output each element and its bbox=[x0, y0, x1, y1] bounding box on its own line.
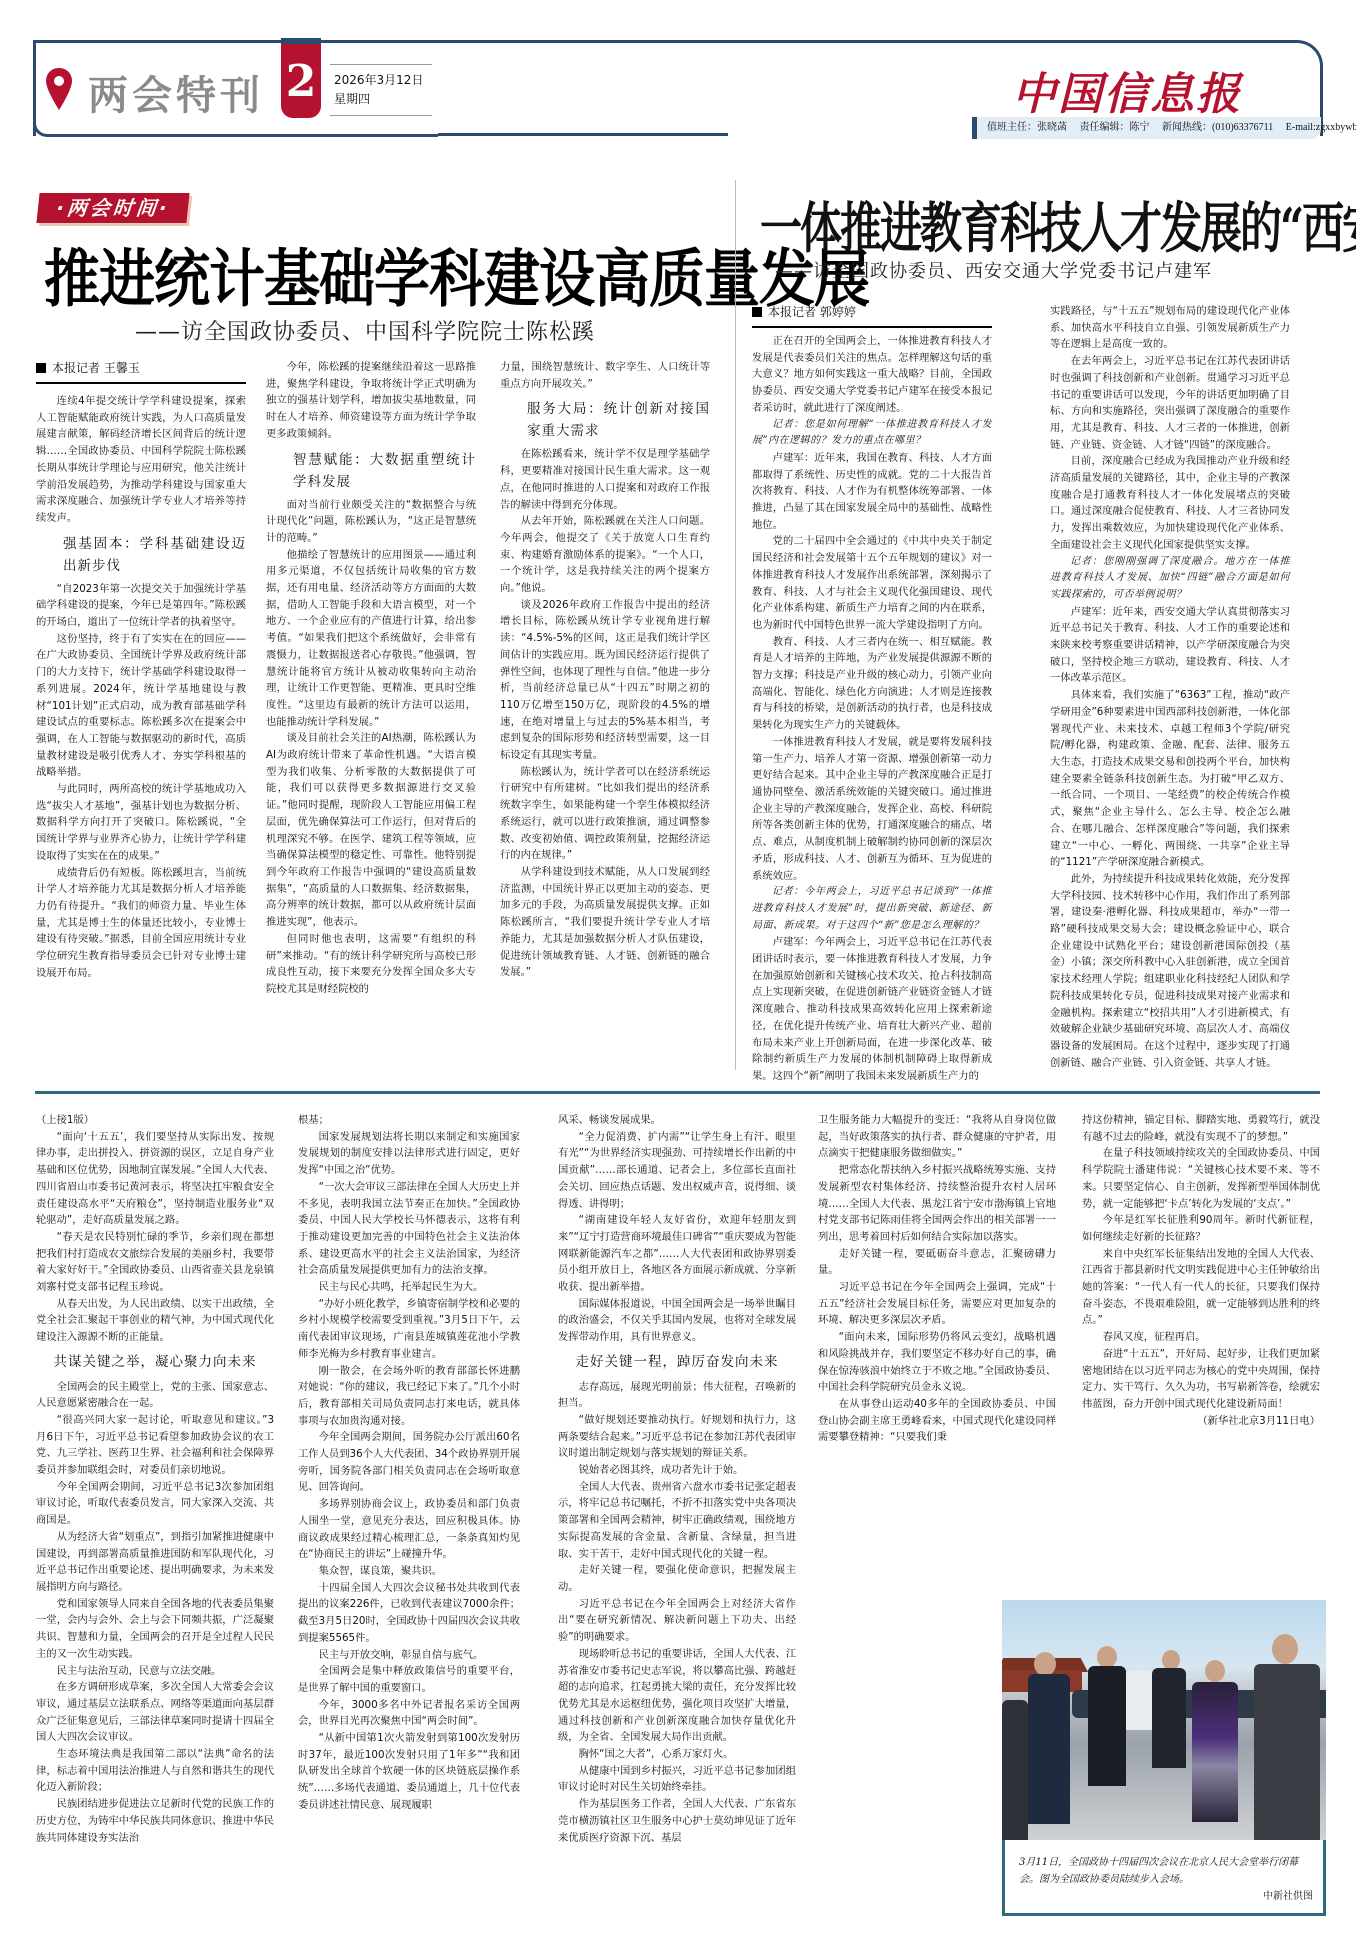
paragraph: 实践路径，与“十五五”规划布局的建设现代化产业体系、加快高水平科技自立自强、引领… bbox=[1050, 303, 1290, 353]
paragraph: 在量子科技领域持续攻关的全国政协委员、中国科学院院士潘建伟说：“关键核心技术要不… bbox=[1082, 1145, 1320, 1212]
paragraph: 风采、畅谈发展成果。 bbox=[558, 1112, 796, 1129]
paragraph: “面向‘十五五’，我们要坚持从实际出发、按规律办事，走出拼投入、拼资源的误区，立… bbox=[36, 1129, 274, 1229]
paragraph: 教育、科技、人才三者内在统一、相互赋能。教育是人才培养的主阵地，为产业发展提供源… bbox=[752, 634, 992, 734]
staff-bar: 值班主任：张晓菡 责任编辑：陈宁 新闻热线：(010)63376711 E-ma… bbox=[972, 117, 1321, 139]
paragraph: 持这份精神，锚定目标、脚踏实地、勇毅笃行，就没有越不过去的险峰，就没有实现不了的… bbox=[1082, 1112, 1320, 1145]
paragraph: 党的二十届四中全会通过的《中共中央关于制定国民经济和社会发展第十五个五年规划的建… bbox=[752, 533, 992, 633]
article2-headline: 一体推进教育科技人才发展的“西安密码” bbox=[760, 186, 1356, 264]
paragraph: 从学科建设到技术赋能，从人口发展到经济监测，中国统计界正以更加主动的姿态、更加多… bbox=[500, 864, 710, 981]
paragraph: 他描绘了智慧统计的应用图景——通过利用多元渠道，不仅包括统计局收集的官方数据，还… bbox=[266, 547, 476, 731]
paragraph: 从春天出发，为人民出政绩、以实干出政绩，全党全社会汇聚起干事创业的精气神，为中国… bbox=[36, 1296, 274, 1346]
paragraph: 刚一散会，在会场外听的教育部部长怀进鹏对她说：“你的建议，我已经记下来了。”几个… bbox=[298, 1363, 520, 1430]
paragraph: 连续4年提交统计学学科建设提案，探索人工智能赋能政府统计实践，为人口高质量发展建… bbox=[36, 393, 246, 527]
person-head bbox=[1162, 1650, 1180, 1670]
paragraph: 锐始者必图其终，成功者先计于始。 bbox=[558, 1462, 796, 1479]
photo-credit: 中新社供图 bbox=[1019, 1888, 1313, 1905]
article2-column-2: 实践路径，与“十五五”规划布局的建设现代化产业体系、加快高水平科技自立自强、引领… bbox=[1050, 303, 1290, 1071]
article3-column-4: 卫生服务能力大幅提升的变迁：“我将从自身岗位做起，当好政策落实的执行者、群众健康… bbox=[818, 1112, 1056, 1446]
paragraph: 从健康中国到乡村振兴，习近平总书记参加团组审议讨论时对民生关切始终牵挂。 bbox=[558, 1763, 796, 1796]
contact-email[interactable]: E-mail:zgxxbywb@163.com bbox=[1286, 122, 1356, 133]
article1-column-3: 力量，围绕智慧统计、数字孪生、人口统计等重点方向开展攻关。” 服务大局：统计创新… bbox=[500, 359, 710, 981]
paragraph: 此外，为持续提升科技成果转化效能，充分发挥大学科技园、技术转移中心作用，我们作出… bbox=[1050, 871, 1290, 1071]
news-photo bbox=[1002, 1600, 1326, 1840]
person bbox=[1254, 1664, 1320, 1840]
paragraph: 今年，3000多名中外记者报名采访全国两会，世界目光再次聚焦中国“两会时间”。 bbox=[298, 1697, 520, 1730]
article3-column-3: 风采、畅谈发展成果。 “全力促消费、扩内需”“让学生身上有汗、眼里有光”“为世界… bbox=[558, 1112, 796, 1846]
paragraph: 在多方调研形成草案，多次全国人大常委会会议审议，通过基层立法联系点、网络等渠道面… bbox=[36, 1679, 274, 1746]
kicker-label: ·两会时间· bbox=[36, 193, 189, 223]
article1-byline: 本报记者 王馨玉 bbox=[36, 359, 246, 384]
paragraph: 今年，陈松蹊的提案继续沿着这一思路推进，聚焦学科建设，争取将统计学正式明确为独立… bbox=[266, 359, 476, 443]
location-pin-icon bbox=[46, 68, 72, 110]
paragraph: “面向未来，国际形势仍将风云变幻，战略机遇和风险挑战并存，我们要坚定不移办好自己… bbox=[818, 1329, 1056, 1396]
byline-text: 本报记者 王馨玉 bbox=[52, 361, 140, 375]
section-title: 两会特刊 bbox=[88, 64, 264, 121]
paragraph: 但同时他也表明，这需要“有组织的科研”来推动。“有的统计科学研究所与高校已形成良… bbox=[266, 931, 476, 998]
paragraph: “从新中国第1次火箭发射到第100次发射历时37年，最近100次发射只用了1年多… bbox=[298, 1730, 520, 1814]
article3-column-1: （上接1版） “面向‘十五五’，我们要坚持从实际出发、按规律办事，走出拼投入、拼… bbox=[36, 1112, 274, 1846]
paragraph: 奋进“十五五”，开好局、起好步，让我们更加紧密地团结在以习近平同志为核心的党中央… bbox=[1082, 1346, 1320, 1413]
paragraph: 国际媒体报道说，中国全国两会是一场举世瞩目的政治盛会，不仅关乎其国内发展，也将对… bbox=[558, 1296, 796, 1346]
section-separator bbox=[35, 1091, 1320, 1094]
paragraph: 卢建军：近年来，我国在教育、科技、人才方面都取得了系统性、历史性的成就。党的二十… bbox=[752, 450, 992, 534]
paragraph: 这份坚持，终于有了实实在在的回应——在广大政协委员、全国统计学界及政府统计部门的… bbox=[36, 631, 246, 781]
paragraph: 在陈松蹊看来，统计学不仅是理学基础学科，更要精准对接国计民生重大需求。这一观点，… bbox=[500, 446, 710, 513]
paragraph: 今年全国两会期间，国务院办公厅派出60名工作人员到36个人大代表团、34个政协界… bbox=[298, 1429, 520, 1496]
person-head bbox=[1034, 1652, 1056, 1676]
article2-byline: 本报记者 郭婷婷 bbox=[752, 303, 992, 328]
paragraph: 卫生服务能力大幅提升的变迁：“我将从自身岗位做起，当好政策落实的执行者、群众健康… bbox=[818, 1112, 1056, 1162]
article1-headline: 推进统计基础学科建设高质量发展 bbox=[44, 230, 869, 320]
article3-column-2: 根基； 国家发展规划法将长期以来制定和实施国家发展规划的制度安排以法律形式进行固… bbox=[298, 1112, 520, 1814]
newspaper-logo: 中国信息报 bbox=[1012, 58, 1242, 122]
person bbox=[1192, 1682, 1238, 1822]
paragraph: 今年是红军长征胜利90周年。新时代新征程，如何继续走好新的长征路？ bbox=[1082, 1212, 1320, 1245]
person-head bbox=[1205, 1660, 1225, 1682]
page-number-tab: 2 bbox=[281, 38, 321, 118]
duty-director: 值班主任：张晓菡 bbox=[987, 122, 1067, 133]
paragraph: 陈松蹊认为，统计学者可以在经济系统运行研究中有所建树。“比如我们提出的经济系统数… bbox=[500, 764, 710, 864]
square-bullet-icon bbox=[36, 363, 46, 373]
paragraph: 民族团结进步促进法立足新时代党的民族工作的历史方位，为铸牢中华民族共同体意识、推… bbox=[36, 1796, 274, 1846]
paragraph: 谈及目前社会关注的AI热潮，陈松蹊认为AI为政府统计带来了革命性机遇。“大语言模… bbox=[266, 730, 476, 930]
person bbox=[1088, 1666, 1126, 1786]
interview-question: 记者：您刚刚强调了深度融合。地方在一体推进教育科技人才发展、加快“四链”融合方面… bbox=[1050, 554, 1290, 604]
paragraph: 习近平总书记在今年全国两会上强调，完成“十五五”经济社会发展目标任务，需要应对更… bbox=[818, 1279, 1056, 1329]
paragraph: 习近平总书记在今年全国两会上对经济大省作出“要在研究新情况、解决新问题上下功夫、… bbox=[558, 1596, 796, 1646]
issue-date-box: 2026年3月12日 星期四 bbox=[330, 64, 432, 116]
paragraph: 党和国家领导人同来自全国各地的代表委员集聚一堂，会内与会外、会上与会下同频共振，… bbox=[36, 1596, 274, 1663]
article2-column-1: 正在召开的全国两会上，一体推进教育科技人才发展是代表委员们关注的焦点。怎样理解这… bbox=[752, 333, 992, 1085]
paragraph: 全国人大代表、贵州省六盘水市委书记张定超表示，将牢记总书记嘱托，不折不扣落实党中… bbox=[558, 1479, 796, 1563]
responsible-editor: 责任编辑：陈宁 bbox=[1080, 122, 1150, 133]
paragraph: 走好关键一程，要砥砺奋斗意志，汇聚磅礴力量。 bbox=[818, 1246, 1056, 1279]
paragraph: “办好小班化教学，乡镇寄宿制学校和必要的乡村小规模学校需要受到重视。”3月5日下… bbox=[298, 1296, 520, 1363]
article3-column-5: 持这份精神，锚定目标、脚踏实地、勇毅笃行，就没有越不过去的险峰，就没有实现不了的… bbox=[1082, 1112, 1320, 1429]
paragraph: 民主与民心共鸣，托举起民生为大。 bbox=[298, 1279, 520, 1296]
page-number: 2 bbox=[281, 56, 321, 107]
person bbox=[1028, 1674, 1070, 1824]
paragraph: 志存高远，展现光明前景；伟大征程，召唤新的担当。 bbox=[558, 1379, 796, 1412]
paragraph: “全力促消费、扩内需”“让学生身上有汗、眼里有光”“为世界经济实现强劲、可持续增… bbox=[558, 1129, 796, 1213]
paragraph: 面对当前行业颇受关注的“数据整合与统计现代化”问题，陈松蹊认为，“这正是智慧统计… bbox=[266, 497, 476, 547]
paragraph: 国家发展规划法将长期以来制定和实施国家发展规划的制度安排以法律形式进行固定，更好… bbox=[298, 1129, 520, 1179]
paragraph: 全国两会是集中释放政策信号的重要平台，是世界了解中国的重要窗口。 bbox=[298, 1663, 520, 1696]
article1-column-1: 连续4年提交统计学学科建设提案，探索人工智能赋能政府统计实践，为人口高质量发展建… bbox=[36, 393, 246, 982]
photo-caption-box: 3月11日，全国政协十四届四次会议在北京人民大会堂举行闭幕会。图为全国政协委员陆… bbox=[1002, 1840, 1326, 1916]
paragraph: 一体推进教育科技人才发展，就是要将发展科技第一生产力、培养人才第一资源、增强创新… bbox=[752, 734, 992, 884]
paragraph: 来自中央红军长征集结出发地的全国人大代表、江西省于都县新时代文明实践促进中心主任… bbox=[1082, 1246, 1320, 1330]
paragraph: “湖南建设年轻人友好省份，欢迎年轻朋友到来”“辽宁打造营商环境最佳口碑省”“重庆… bbox=[558, 1212, 796, 1296]
paragraph: 把常态化帮扶纳入乡村振兴战略统筹实施、支持发展新型农村集体经济、持续整治提升农村… bbox=[818, 1162, 1056, 1246]
paragraph: 在去年两会上，习近平总书记在江苏代表团讲话时也强调了科技创新和产业创新。贯通学习… bbox=[1050, 353, 1290, 453]
paragraph: 现场聆听总书记的重要讲话，全国人大代表、江苏省淮安市委书记史志军说，将以攀高比强… bbox=[558, 1646, 796, 1746]
article1-subheadline: ——访全国政协委员、中国科学院院士陈松蹊 bbox=[135, 315, 595, 346]
news-hotline: 新闻热线：(010)63376711 bbox=[1162, 122, 1273, 133]
continued-from-label: （上接1版） bbox=[36, 1112, 274, 1129]
person bbox=[1002, 1700, 1028, 1840]
paragraph: 与此同时，两所高校的统计学基地成功入选“拔尖人才基地”，强基计划也为数据分析、数… bbox=[36, 781, 246, 865]
paragraph: “春天是农民特别忙碌的季节，乡亲们现在都想把我们村打造成农文旅综合发展的美丽乡村… bbox=[36, 1229, 274, 1296]
paragraph: “做好规划还要推动执行。好规划和执行力，这两条要结合起来。”习近平总书记在参加江… bbox=[558, 1412, 796, 1462]
paragraph: 谈及2026年政府工作报告中提出的经济增长目标，陈松蹊从统计学专业视角进行解读：… bbox=[500, 597, 710, 764]
paragraph: “自2023年第一次提交关于加强统计学基础学科建设的提案，今年已是第四年。”陈松… bbox=[36, 581, 246, 631]
section-heading: 强基固本：学科基础建设迈出新步伐 bbox=[36, 533, 246, 577]
paragraph: 十四届全国人大四次会议秘书处共收到代表提出的议案226件，已收到代表建议7000… bbox=[298, 1580, 520, 1647]
issue-date: 2026年3月12日 bbox=[334, 71, 432, 90]
column-divider bbox=[735, 180, 736, 1070]
paragraph: 力量，围绕智慧统计、数字孪生、人口统计等重点方向开展攻关。” bbox=[500, 359, 710, 392]
paragraph: 全国两会的民主殿堂上，党的主张、国家意志、人民意愿紧密融合在一起。 bbox=[36, 1379, 274, 1412]
paragraph: 今年全国两会期间，习近平总书记3次参加团组审议讨论，听取代表委员发言，同大家深入… bbox=[36, 1479, 274, 1529]
paragraph: 集众智，谋良策，聚共识。 bbox=[298, 1563, 520, 1580]
paragraph: 具体来看，我们实施了“6363”工程，推动“政产学研用金”6种要素进中国西部科技… bbox=[1050, 687, 1290, 871]
paragraph: 成绩背后仍有短板。陈松蹊坦言，当前统计学人才培养能力尤其是数据分析人才培养能力仍… bbox=[36, 865, 246, 982]
person-head bbox=[1272, 1634, 1298, 1664]
dateline: （新华社北京3月11日电） bbox=[1082, 1413, 1320, 1430]
square-bullet-icon bbox=[752, 307, 762, 317]
interview-question: 记者：您是如何理解“一体推进教育科技人才发展”内在逻辑的？发力的重点在哪里？ bbox=[752, 417, 992, 450]
paragraph: “很高兴同大家一起讨论，听取意见和建议。”3月6日下午，习近平总书记看望参加政协… bbox=[36, 1412, 274, 1479]
person bbox=[1152, 1668, 1186, 1768]
paragraph: 民主与开放交响，彰显自信与底气。 bbox=[298, 1647, 520, 1664]
paragraph: 春风又度，征程再启。 bbox=[1082, 1329, 1320, 1346]
paragraph: 胸怀“国之大者”，心系万家灯火。 bbox=[558, 1746, 796, 1763]
paragraph: 走好关键一程，要强化使命意识，把握发展主动。 bbox=[558, 1562, 796, 1595]
byline-text: 本报记者 郭婷婷 bbox=[768, 305, 856, 319]
paragraph: 在从事登山运动40多年的全国政协委员、中国登山协会副主席王勇峰看来，中国式现代化… bbox=[818, 1396, 1056, 1446]
article1-column-2: 今年，陈松蹊的提案继续沿着这一思路推进，聚焦学科建设，争取将统计学正式明确为独立… bbox=[266, 359, 476, 998]
paragraph: 多场界别协商会议上，政协委员和部门负责人围坐一堂，意见充分表达，回应积极具体。协… bbox=[298, 1496, 520, 1563]
section-heading: 智慧赋能：大数据重塑统计学科发展 bbox=[266, 449, 476, 493]
section-heading: 服务大局：统计创新对接国家重大需求 bbox=[500, 398, 710, 442]
paragraph: 生态环境法典是我国第二部以“法典”命名的法律，标志着中国用法治推进人与自然和谐共… bbox=[36, 1746, 274, 1796]
article2-subheadline: ——访全国政协委员、西安交通大学党委书记卢建军 bbox=[775, 257, 1212, 283]
person bbox=[1126, 1670, 1154, 1730]
paragraph: 卢建军：近年来，西安交通大学认真贯彻落实习近平总书记关于教育、科技、人才工作的重… bbox=[1050, 604, 1290, 688]
section-heading: 走好关键一程，踔厉奋发向未来 bbox=[558, 1354, 796, 1371]
paragraph: 目前，深度融合已经成为我国推动产业升级和经济高质量发展的关键路径，其中，企业主导… bbox=[1050, 453, 1290, 553]
paragraph: 卢建军：今年两会上，习近平总书记在江苏代表团讲话时表示，要一体推进教育科技人才发… bbox=[752, 934, 992, 1084]
paragraph: 从为经济大省“划重点”，到指引加紧推进健康中国建设，再到部署高质量推进国防和军队… bbox=[36, 1529, 274, 1596]
person-head bbox=[1097, 1646, 1117, 1668]
paragraph: 作为基层医务工作者，全国人大代表、广东省东莞市横沥镇社区卫生服务中心护士莫幼坤见… bbox=[558, 1796, 796, 1846]
paragraph: “一次大会审议三部法律在全国人大历史上并不多见，表明我国立法节奏正在加快。”全国… bbox=[298, 1179, 520, 1279]
interview-question: 记者：今年两会上，习近平总书记谈到“一体推进教育科技人才发展”时，提出新突破、新… bbox=[752, 884, 992, 934]
paragraph: 根基； bbox=[298, 1112, 520, 1129]
section-heading: 共谋关键之举，凝心聚力向未来 bbox=[36, 1354, 274, 1371]
paragraph: 民主与法治互动，民意与立法交融。 bbox=[36, 1663, 274, 1680]
masthead-rule bbox=[438, 133, 728, 136]
photo-caption: 3月11日，全国政协十四届四次会议在北京人民大会堂举行闭幕会。图为全国政协委员陆… bbox=[1019, 1854, 1313, 1888]
issue-weekday: 星期四 bbox=[334, 90, 432, 109]
paragraph: 正在召开的全国两会上，一体推进教育科技人才发展是代表委员们关注的焦点。怎样理解这… bbox=[752, 333, 992, 417]
paragraph: 从去年开始，陈松蹊就在关注人口问题。今年两会，他提交了《关于放宽人口生育约束、构… bbox=[500, 513, 710, 597]
